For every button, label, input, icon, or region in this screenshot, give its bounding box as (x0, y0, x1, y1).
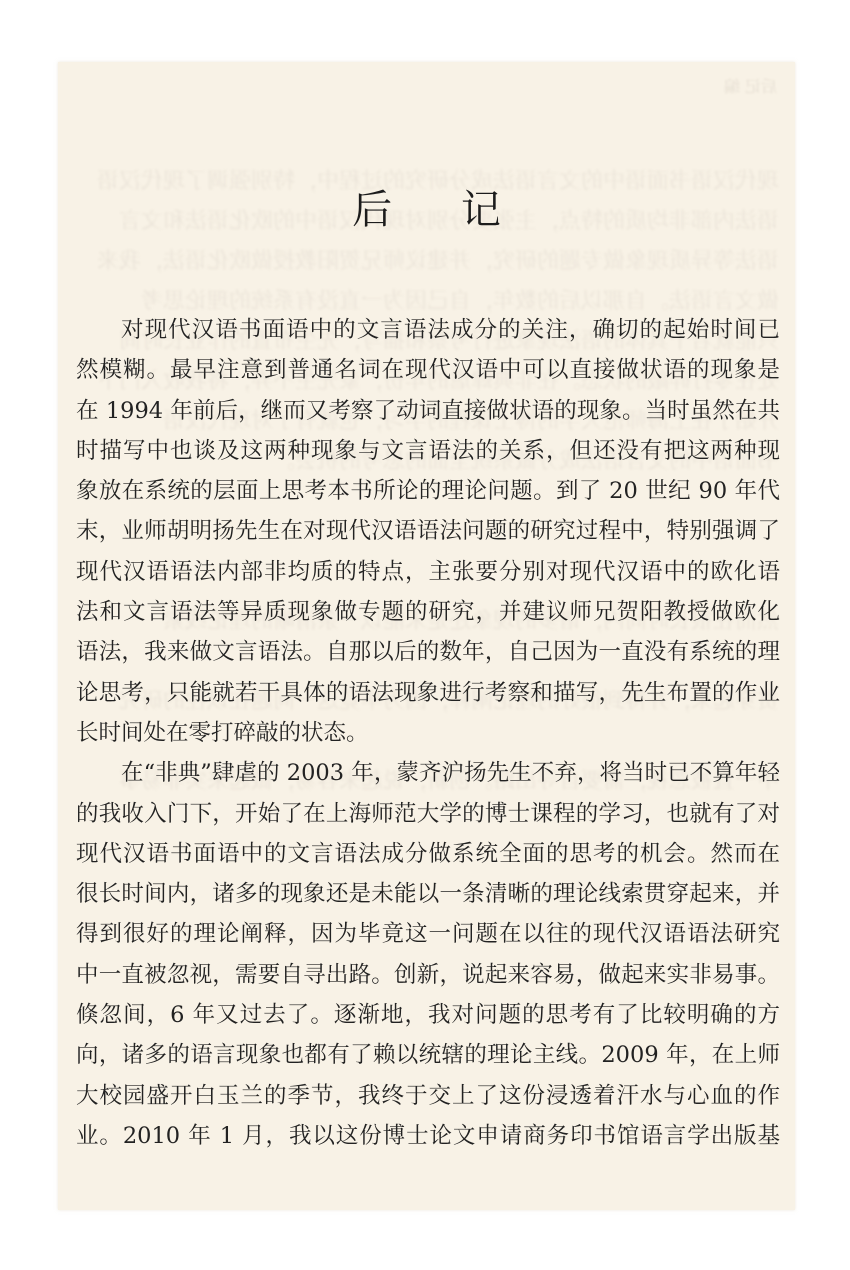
text-line: 在“非典”肆虐的 2003 年，蒙齐沪扬先生不弃，将当时已不算年轻 (76, 753, 780, 793)
text-line: 然模糊。最早注意到普通名词在现代汉语中可以直接做状语的现象是 (76, 350, 780, 390)
text-line: 向，诸多的语言现象也都有了赖以统辖的理论主线。2009 年，在上师 (76, 1035, 780, 1075)
text-line: 倏忽间，6 年又过去了。逐渐地，我对问题的思考有了比较明确的方 (76, 995, 780, 1035)
book-page: 后记 编 现代汉语书面语中的文言语法成分研究的过程中，特别强调了现代汉语 语法内… (58, 62, 795, 1210)
text-line: 象放在系统的层面上思考本书所论的理论问题。到了 20 世纪 90 年代 (76, 471, 780, 511)
text-line: 在 1994 年前后，继而又考察了动词直接做状语的现象。当时虽然在共 (76, 391, 780, 431)
text-line: 长时间处在零打碎敲的状态。 (76, 713, 780, 753)
text-line: 末，业师胡明扬先生在对现代汉语语法问题的研究过程中，特别强调了 (76, 511, 780, 551)
text-line: 业。2010 年 1 月，我以这份博士论文申请商务印书馆语言学出版基 (76, 1116, 780, 1156)
text-line: 的我收入门下，开始了在上海师范大学的博士课程的学习，也就有了对 (76, 794, 780, 834)
text-line: 大校园盛开白玉兰的季节，我终于交上了这份浸透着汗水与心血的作 (76, 1076, 780, 1116)
text-line: 得到很好的理论阐释，因为毕竟这一问题在以往的现代汉语语法研究 (76, 914, 780, 954)
text-line: 对现代汉语书面语中的文言语法成分的关注，确切的起始时间已 (76, 310, 780, 350)
text-line: 论思考，只能就若干具体的语法现象进行考察和描写，先生布置的作业 (76, 673, 780, 713)
text-line: 语法，我来做文言语法。自那以后的数年，自己因为一直没有系统的理 (76, 632, 780, 672)
text-line: 很长时间内，诸多的现象还是未能以一条清晰的理论线索贯穿起来，并 (76, 874, 780, 914)
text-line: 现代汉语语法内部非均质的特点，主张要分别对现代汉语中的欧化语 (76, 552, 780, 592)
body-text: 对现代汉语书面语中的文言语法成分的关注，确切的起始时间已 然模糊。最早注意到普通… (76, 310, 780, 1156)
text-line: 法和文言语法等异质现象做专题的研究，并建议师兄贺阳教授做欧化 (76, 592, 780, 632)
text-line: 现代汉语书面语中的文言语法成分做系统全面的思考的机会。然而在 (76, 834, 780, 874)
text-line: 时描写中也谈及这两种现象与文言语法的关系，但还没有把这两种现 (76, 431, 780, 471)
bleed-through-header: 后记 编 (724, 74, 777, 97)
bleed-through-text: 语法等异质现象做专题的研究，并建议师兄贺阳教授做欧化语法，我来 (74, 242, 779, 282)
text-line: 中一直被忽视，需要自寻出路。创新，说起来容易，做起来实非易事。 (76, 955, 780, 995)
page-title: 后 记 (58, 190, 795, 230)
